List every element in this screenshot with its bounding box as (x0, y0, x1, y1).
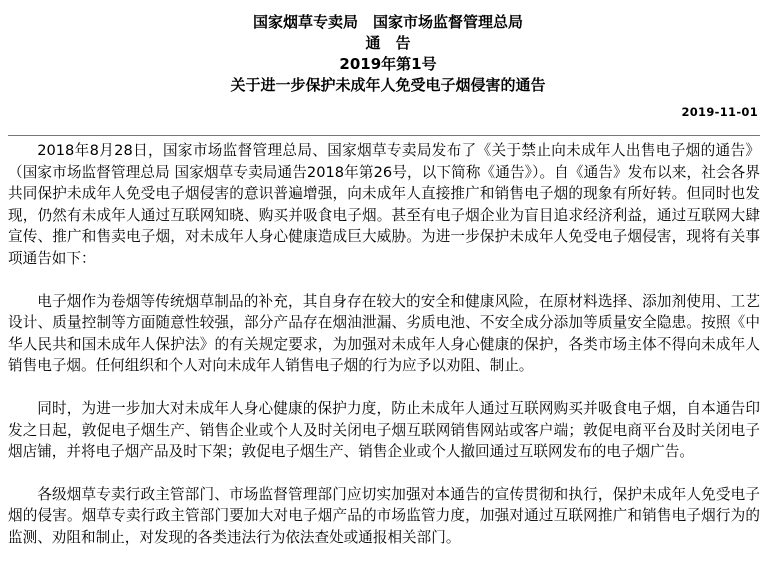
paragraph: 2018年8月28日，国家市场监督管理总局、国家烟草专卖局发布了《关于禁止向未成… (8, 140, 760, 270)
document-header: 国家烟草专卖局 国家市场监督管理总局 通 告 2019年第1号 关于进一步保护未… (0, 12, 776, 96)
paragraph: 电子烟作为卷烟等传统烟草制品的补充，其自身存在较大的安全和健康风险，在原材料选择… (8, 291, 760, 377)
document-title: 关于进一步保护未成年人免受电子烟侵害的通告 (0, 75, 776, 96)
issuing-authorities: 国家烟草专卖局 国家市场监督管理总局 (0, 12, 776, 33)
document-type: 通 告 (0, 33, 776, 54)
paragraph: 同时，为进一步加大对未成年人身心健康的保护力度，防止未成年人通过互联网购买并吸食… (8, 398, 760, 463)
document-body: 2018年8月28日，国家市场监督管理总局、国家烟草专卖局发布了《关于禁止向未成… (8, 140, 760, 570)
document-number: 2019年第1号 (0, 54, 776, 75)
publish-date: 2019-11-01 (681, 105, 758, 119)
header-divider (8, 135, 760, 136)
paragraph: 各级烟草专卖行政主管部门、市场监督管理部门应切实加强对本通告的宣传贯彻和执行，保… (8, 484, 760, 549)
